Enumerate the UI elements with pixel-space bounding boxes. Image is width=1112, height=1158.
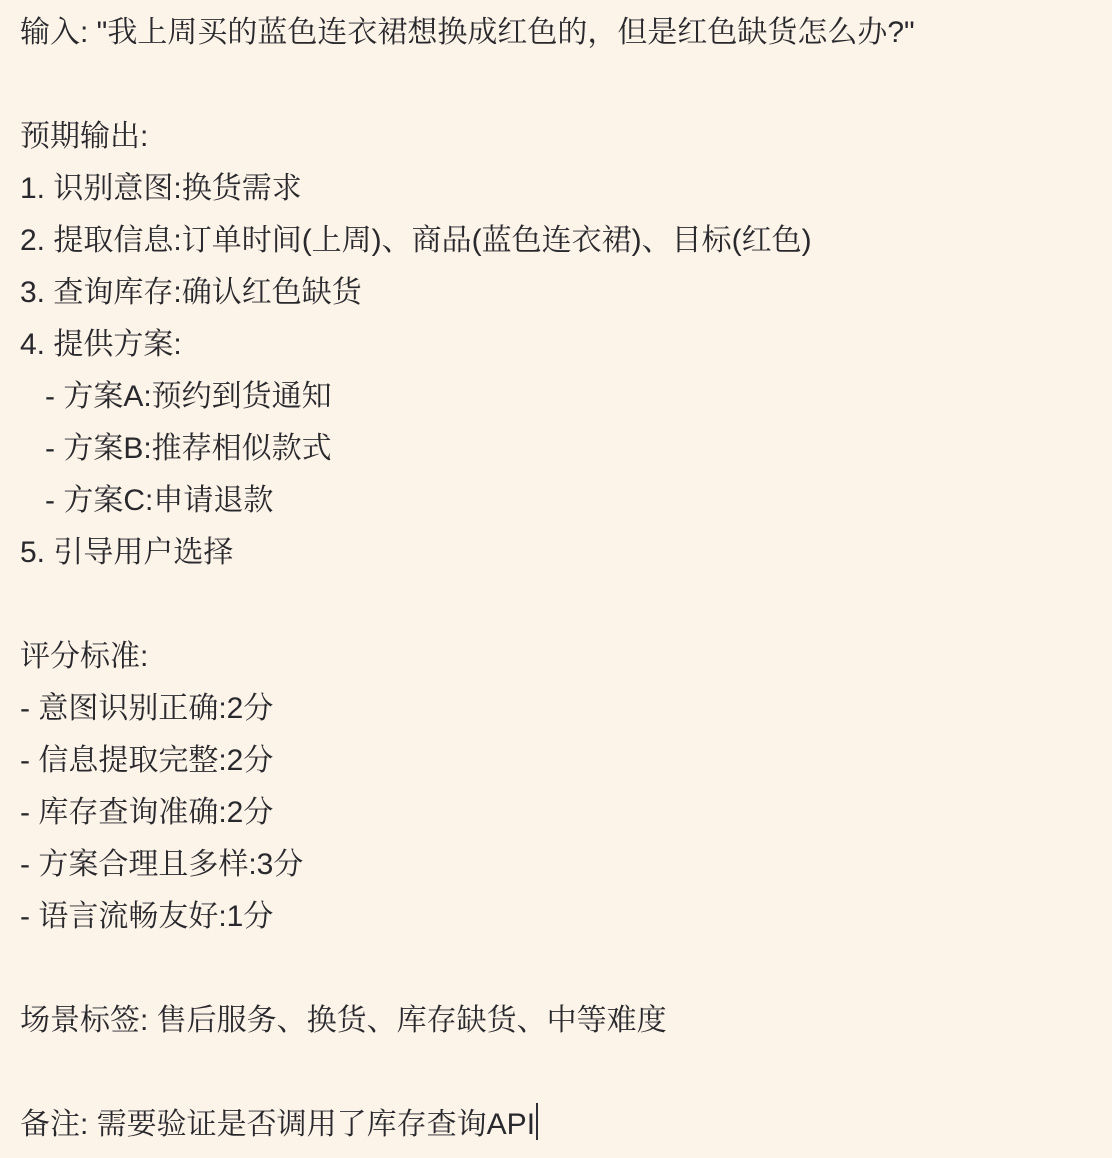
text-line-option-a: - 方案A:预约到货通知	[20, 371, 1092, 423]
text-line-step-2: 2. 提取信息:订单时间(上周)、商品(蓝色连衣裙)、目标(红色)	[20, 215, 1092, 267]
text-line-blank	[20, 59, 1092, 111]
note-editor[interactable]: 输入: "我上周买的蓝色连衣裙想换成红色的，但是红色缺货怎么办?" 预期输出: …	[0, 0, 1112, 1158]
text-line-score-3: - 库存查询准确:2分	[20, 787, 1092, 839]
text-line-score-1: - 意图识别正确:2分	[20, 683, 1092, 735]
text-line-blank	[20, 579, 1092, 631]
text-line-scoring-heading: 评分标准:	[20, 631, 1092, 683]
note-text: 备注: 需要验证是否调用了库存查询API	[20, 1108, 535, 1141]
text-line-note: 备注: 需要验证是否调用了库存查询API	[20, 1099, 1092, 1151]
text-line-step-5: 5. 引导用户选择	[20, 527, 1092, 579]
text-line-expected-output-heading: 预期输出:	[20, 111, 1092, 163]
text-line-score-5: - 语言流畅友好:1分	[20, 891, 1092, 943]
text-line-option-c: - 方案C:申请退款	[20, 475, 1092, 527]
text-line-blank	[20, 943, 1092, 995]
text-line-score-4: - 方案合理且多样:3分	[20, 839, 1092, 891]
text-cursor	[536, 1103, 538, 1140]
text-line-input: 输入: "我上周买的蓝色连衣裙想换成红色的，但是红色缺货怎么办?"	[20, 7, 1092, 59]
text-line-score-2: - 信息提取完整:2分	[20, 735, 1092, 787]
text-line-step-4: 4. 提供方案:	[20, 319, 1092, 371]
text-line-step-3: 3. 查询库存:确认红色缺货	[20, 267, 1092, 319]
text-line-blank	[20, 1047, 1092, 1099]
text-line-option-b: - 方案B:推荐相似款式	[20, 423, 1092, 475]
text-line-scene-tags: 场景标签: 售后服务、换货、库存缺货、中等难度	[20, 995, 1092, 1047]
text-line-step-1: 1. 识别意图:换货需求	[20, 163, 1092, 215]
